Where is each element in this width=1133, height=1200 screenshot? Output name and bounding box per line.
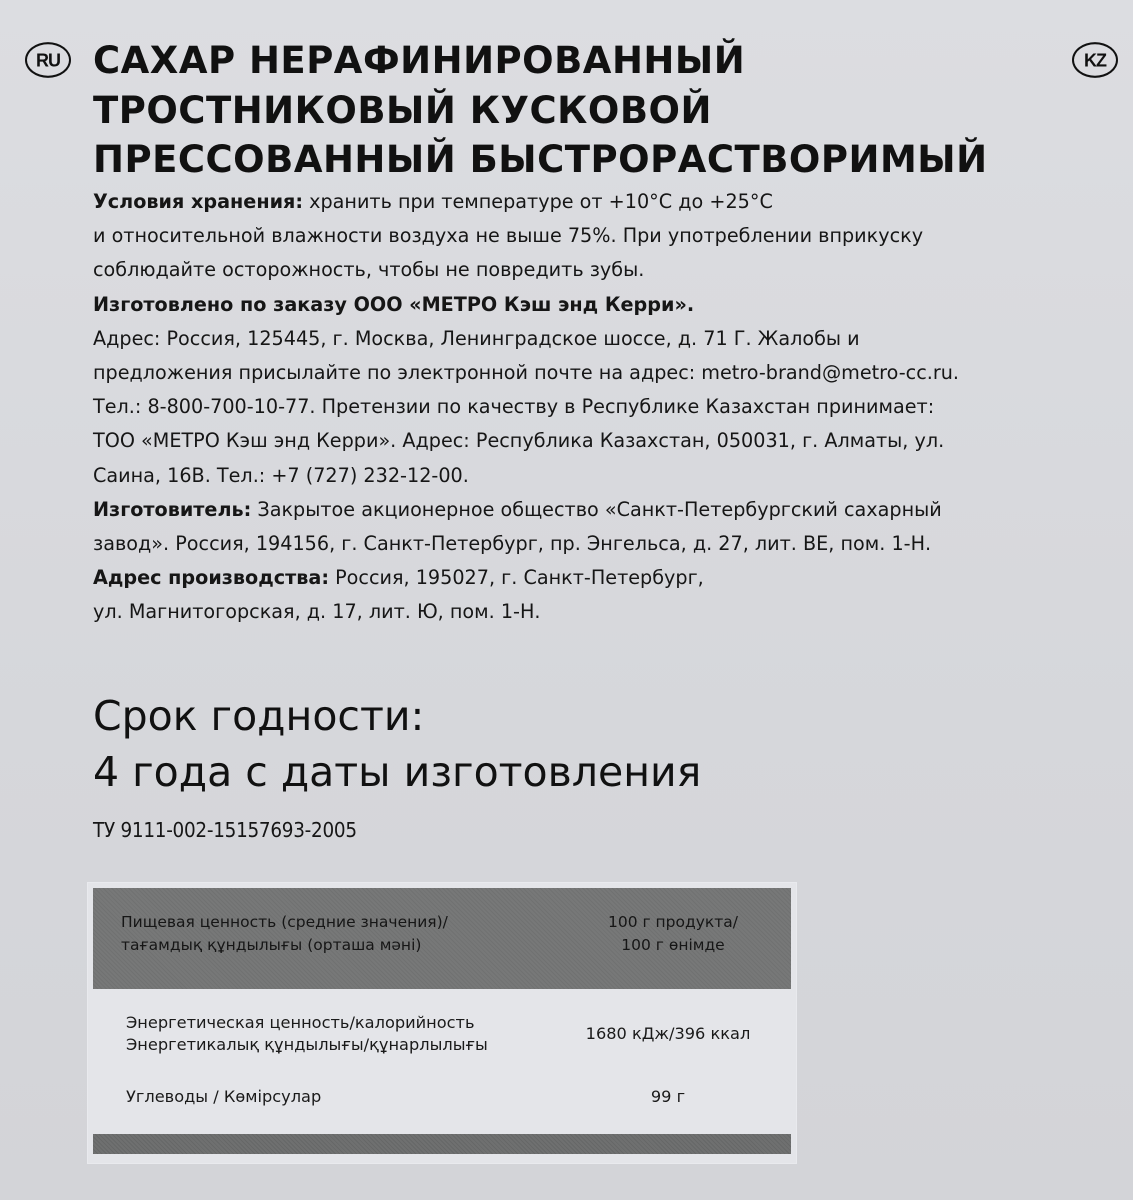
storage-label: Условия хранения:	[93, 190, 303, 213]
nutrition-header-label: Пищевая ценность (средние значения)/ тағ…	[121, 911, 448, 957]
header-label-ru: Пищевая ценность (средние значения)/	[121, 911, 448, 934]
manufacturer-label: Изготовитель:	[93, 498, 251, 521]
storage-text: и относительной влажности воздуха не выш…	[93, 219, 1093, 253]
energy-name-kz: Энергетикалық құндылығы/құнарлылығы	[126, 1034, 488, 1056]
product-title: САХАР НЕРАФИНИРОВАННЫЙ ТРОСТНИКОВЫЙ КУСК…	[93, 36, 988, 185]
header-per-kz: 100 г өнімде	[568, 934, 778, 957]
carbs-name: Углеводы / Көмірсулар	[126, 1086, 321, 1108]
ordered-by-label: Изготовлено по заказу ООО «МЕТРО Кэш энд…	[93, 293, 694, 316]
nutrition-header-per: 100 г продукта/ 100 г өнімде	[568, 911, 778, 957]
shelf-life-value: 4 года с даты изготовления	[93, 744, 701, 800]
storage-text: хранить при температуре от +10°C до +25°…	[303, 190, 773, 213]
production-address-text: ул. Магнитогорская, д. 17, лит. Ю, пом. …	[93, 595, 1093, 629]
production-address-label: Адрес производства:	[93, 566, 329, 589]
manufacturer-text: Закрытое акционерное общество «Санкт-Пет…	[251, 498, 941, 521]
shelf-life-heading: Срок годности:	[93, 688, 701, 744]
ordered-by-address: Адрес: Россия, 125445, г. Москва, Ленинг…	[93, 322, 1093, 356]
title-line: ТРОСТНИКОВЫЙ КУСКОВОЙ	[93, 86, 988, 136]
manufacturer: Изготовитель: Закрытое акционерное общес…	[93, 493, 1093, 527]
nutrition-table: Пищевая ценность (средние значения)/ тағ…	[88, 883, 796, 1163]
nutrition-table-header: Пищевая ценность (средние значения)/ тағ…	[93, 888, 791, 989]
storage-text: соблюдайте осторожность, чтобы не повред…	[93, 253, 1093, 287]
ordered-by-heading: Изготовлено по заказу ООО «МЕТРО Кэш энд…	[93, 288, 1093, 322]
shelf-life: Срок годности: 4 года с даты изготовлени…	[93, 688, 701, 800]
production-address: Адрес производства: Россия, 195027, г. С…	[93, 561, 1093, 595]
technical-standard: ТУ 9111-002-15157693-2005	[93, 818, 357, 842]
ordered-by-phone: Тел.: 8-800-700-10-77. Претензии по каче…	[93, 390, 1093, 424]
ru-language-badge: RU	[25, 42, 71, 78]
storage-conditions: Условия хранения: хранить при температур…	[93, 185, 1093, 219]
production-address-text: Россия, 195027, г. Санкт-Петербург,	[329, 566, 704, 589]
kz-language-badge: KZ	[1072, 42, 1118, 78]
header-per-ru: 100 г продукта/	[568, 911, 778, 934]
energy-name: Энергетическая ценность/калорийность Эне…	[126, 1012, 488, 1056]
carbs-value: 99 г	[568, 1086, 768, 1108]
kz-importer-phone: Саина, 16В. Тел.: +7 (727) 232-12-00.	[93, 459, 1093, 493]
manufacturer-address: завод». Россия, 194156, г. Санкт-Петербу…	[93, 527, 1093, 561]
label-body-text: Условия хранения: хранить при температур…	[93, 185, 1093, 630]
header-label-kz: тағамдық құндылығы (орташа мәні)	[121, 934, 448, 957]
energy-value: 1680 кДж/396 ккал	[568, 1023, 768, 1045]
title-line: ПРЕССОВАННЫЙ БЫСТРОРАСТВОРИМЫЙ	[93, 135, 988, 185]
nutrition-table-footer-bar	[93, 1134, 791, 1154]
kz-importer: ТОО «МЕТРО Кэш энд Керри». Адрес: Респуб…	[93, 424, 1093, 458]
energy-name-ru: Энергетическая ценность/калорийность	[126, 1012, 488, 1034]
ordered-by-contact: предложения присылайте по электронной по…	[93, 356, 1093, 390]
title-line: САХАР НЕРАФИНИРОВАННЫЙ	[93, 36, 988, 86]
